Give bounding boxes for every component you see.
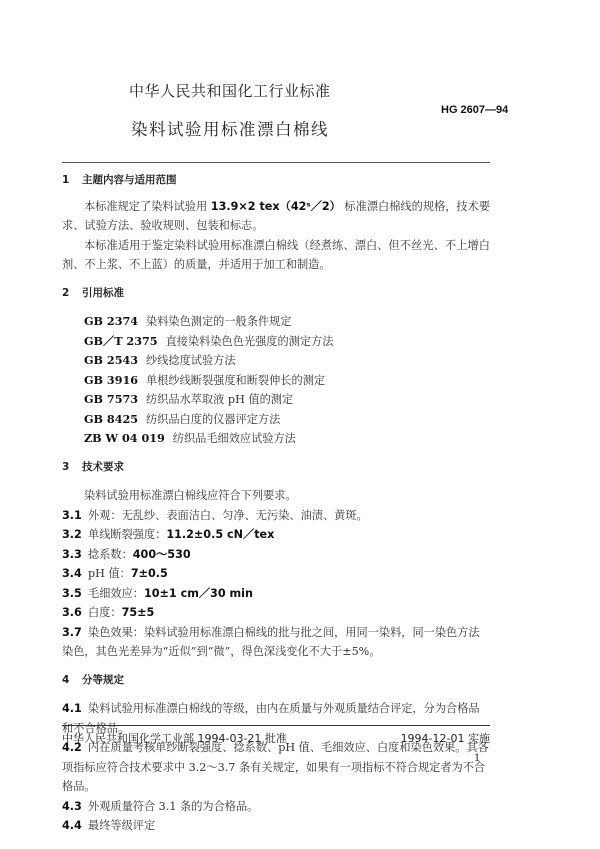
reference-item: GB 7573纺织品水萃取液 pH 值的测定 — [84, 390, 490, 410]
clause-text: 内在质量考核单纱断裂强度、捻系数、pH 值、毛细效应、白度和染色效果。其各项指标… — [62, 741, 489, 793]
reference-code: GB 2374 — [84, 314, 138, 328]
reference-title: 染料染色测定的一般条件规定 — [146, 315, 291, 328]
clause-number: 3.4 — [62, 564, 88, 584]
page-number: 1 — [474, 753, 480, 764]
section-title: 分等规定 — [82, 674, 124, 686]
clause-value: 11.2±0.5 cN／tex — [166, 528, 274, 541]
clause-3-1: 3.1外观：无乱纱、表面洁白、匀净、无污染、油渍、黄斑。 — [62, 506, 490, 526]
clause-3-2: 3.2单线断裂强度：11.2±0.5 cN／tex — [62, 525, 490, 545]
clause-4-4: 4.4最终等级评定 — [62, 816, 490, 836]
document-title: 染料试验用标准漂白棉线 — [131, 116, 329, 140]
section-heading-3: 3技术要求 — [62, 458, 490, 478]
header-divider — [62, 162, 490, 163]
reference-code: GB 8425 — [84, 412, 138, 426]
reference-item: ZB W 04 019纺织品毛细效应试验方法 — [84, 429, 490, 449]
reference-code: GB 7573 — [84, 392, 138, 406]
reference-item: GB 2543纱线捻度试验方法 — [84, 351, 490, 371]
clause-value: 400～530 — [133, 548, 191, 561]
section-number: 3 — [62, 458, 82, 478]
issuing-body-title: 中华人民共和国化工行业标准 — [129, 80, 331, 101]
footer-divider — [62, 725, 490, 726]
section-heading-4: 4分等规定 — [62, 671, 490, 691]
yarn-spec: 13.9×2 tex（42ˢ／2） — [211, 200, 341, 213]
section-heading-2: 2引用标准 — [62, 284, 490, 304]
reference-item: GB 3916单根纱线断裂强度和断裂伸长的测定 — [84, 371, 490, 391]
reference-item: GB 8425纺织品白度的仪器评定方法 — [84, 410, 490, 430]
clause-number: 3.6 — [62, 603, 88, 623]
clause-label: 白度： — [88, 606, 122, 619]
clause-label: pH 值： — [88, 567, 131, 580]
clause-value: 10±1 cm／30 min — [144, 587, 253, 600]
clause-3-3: 3.3捻系数：400～530 — [62, 545, 490, 565]
clause-label: 毛细效应： — [88, 587, 144, 600]
clause-text: 外观质量符合 3.1 条的为合格品。 — [88, 800, 258, 813]
reference-title: 纱线捻度试验方法 — [146, 354, 236, 367]
clause-value: 7±0.5 — [131, 567, 168, 580]
reference-title: 纺织品毛细效应试验方法 — [173, 432, 296, 445]
reference-title: 纺织品白度的仪器评定方法 — [146, 413, 280, 426]
clause-label: 单线断裂强度： — [88, 528, 166, 541]
reference-code: ZB W 04 019 — [84, 431, 165, 445]
section-number: 2 — [62, 284, 82, 304]
paragraph-applicability: 本标准适用于鉴定染料试验用标准漂白棉线（经煮练、漂白、但不丝光、不上增白剂、不上… — [62, 236, 490, 275]
text: 本标准规定了染料试验用 — [84, 200, 211, 213]
clause-4-3: 4.3外观质量符合 3.1 条的为合格品。 — [62, 797, 490, 817]
clause-text: 最终等级评定 — [88, 819, 155, 832]
reference-code: GB 3916 — [84, 373, 138, 387]
clause-3-6: 3.6白度：75±5 — [62, 603, 490, 623]
section-number: 4 — [62, 671, 82, 691]
standard-code: HG 2607—94 — [441, 104, 508, 116]
referenced-standards-list: GB 2374染料染色测定的一般条件规定 GB／T 2375直接染料染色色光强度… — [84, 312, 490, 449]
clause-label: 染色效果： — [88, 626, 144, 639]
paragraph-scope: 本标准规定了染料试验用 13.9×2 tex（42ˢ／2） 标准漂白棉线的规格，… — [62, 197, 490, 236]
clause-3-5: 3.5毛细效应：10±1 cm／30 min — [62, 584, 490, 604]
section-title: 主题内容与适用范围 — [82, 174, 177, 186]
clause-4-2: 4.2内在质量考核单纱断裂强度、捻系数、pH 值、毛细效应、白度和染色效果。其各… — [62, 738, 490, 797]
clause-3-4: 3.4pH 值：7±0.5 — [62, 564, 490, 584]
clause-number: 4.1 — [62, 699, 88, 719]
clause-value: 无乱纱、表面洁白、匀净、无污染、油渍、黄斑。 — [122, 509, 368, 522]
clause-number: 3.3 — [62, 545, 88, 565]
reference-code: GB／T 2375 — [84, 334, 158, 348]
section-title: 引用标准 — [82, 287, 124, 299]
reference-title: 纺织品水萃取液 pH 值的测定 — [146, 393, 293, 406]
clause-3-7: 3.7染色效果：染料试验用标准漂白棉线的批与批之间，用同一染料，同一染色方法染色… — [62, 623, 490, 662]
reference-title: 直接染料染色色光强度的测定方法 — [166, 335, 334, 348]
clause-label: 捻系数： — [88, 548, 133, 561]
section-title: 技术要求 — [82, 461, 124, 473]
clause-label: 外观： — [88, 509, 122, 522]
clause-number: 3.5 — [62, 584, 88, 604]
clause-number: 3.2 — [62, 525, 88, 545]
clause-number: 3.1 — [62, 506, 88, 526]
clause-value: 75±5 — [122, 606, 155, 619]
clause-number: 4.4 — [62, 816, 88, 836]
reference-item: GB／T 2375直接染料染色色光强度的测定方法 — [84, 332, 490, 352]
reference-code: GB 2543 — [84, 353, 138, 367]
reference-title: 单根纱线断裂强度和断裂伸长的测定 — [146, 374, 325, 387]
clause-number: 4.3 — [62, 797, 88, 817]
section-number: 1 — [62, 171, 82, 191]
reference-item: GB 2374染料染色测定的一般条件规定 — [84, 312, 490, 332]
clause-number: 3.7 — [62, 623, 88, 643]
section-heading-1: 1主题内容与适用范围 — [62, 171, 490, 191]
approval-line: 中华人民共和国化学工业部 1994-03-21 批准 — [62, 730, 287, 746]
requirements-intro: 染料试验用标准漂白棉线应符合下列要求。 — [62, 486, 490, 506]
effective-date: 1994-12-01 实施 — [401, 730, 490, 746]
